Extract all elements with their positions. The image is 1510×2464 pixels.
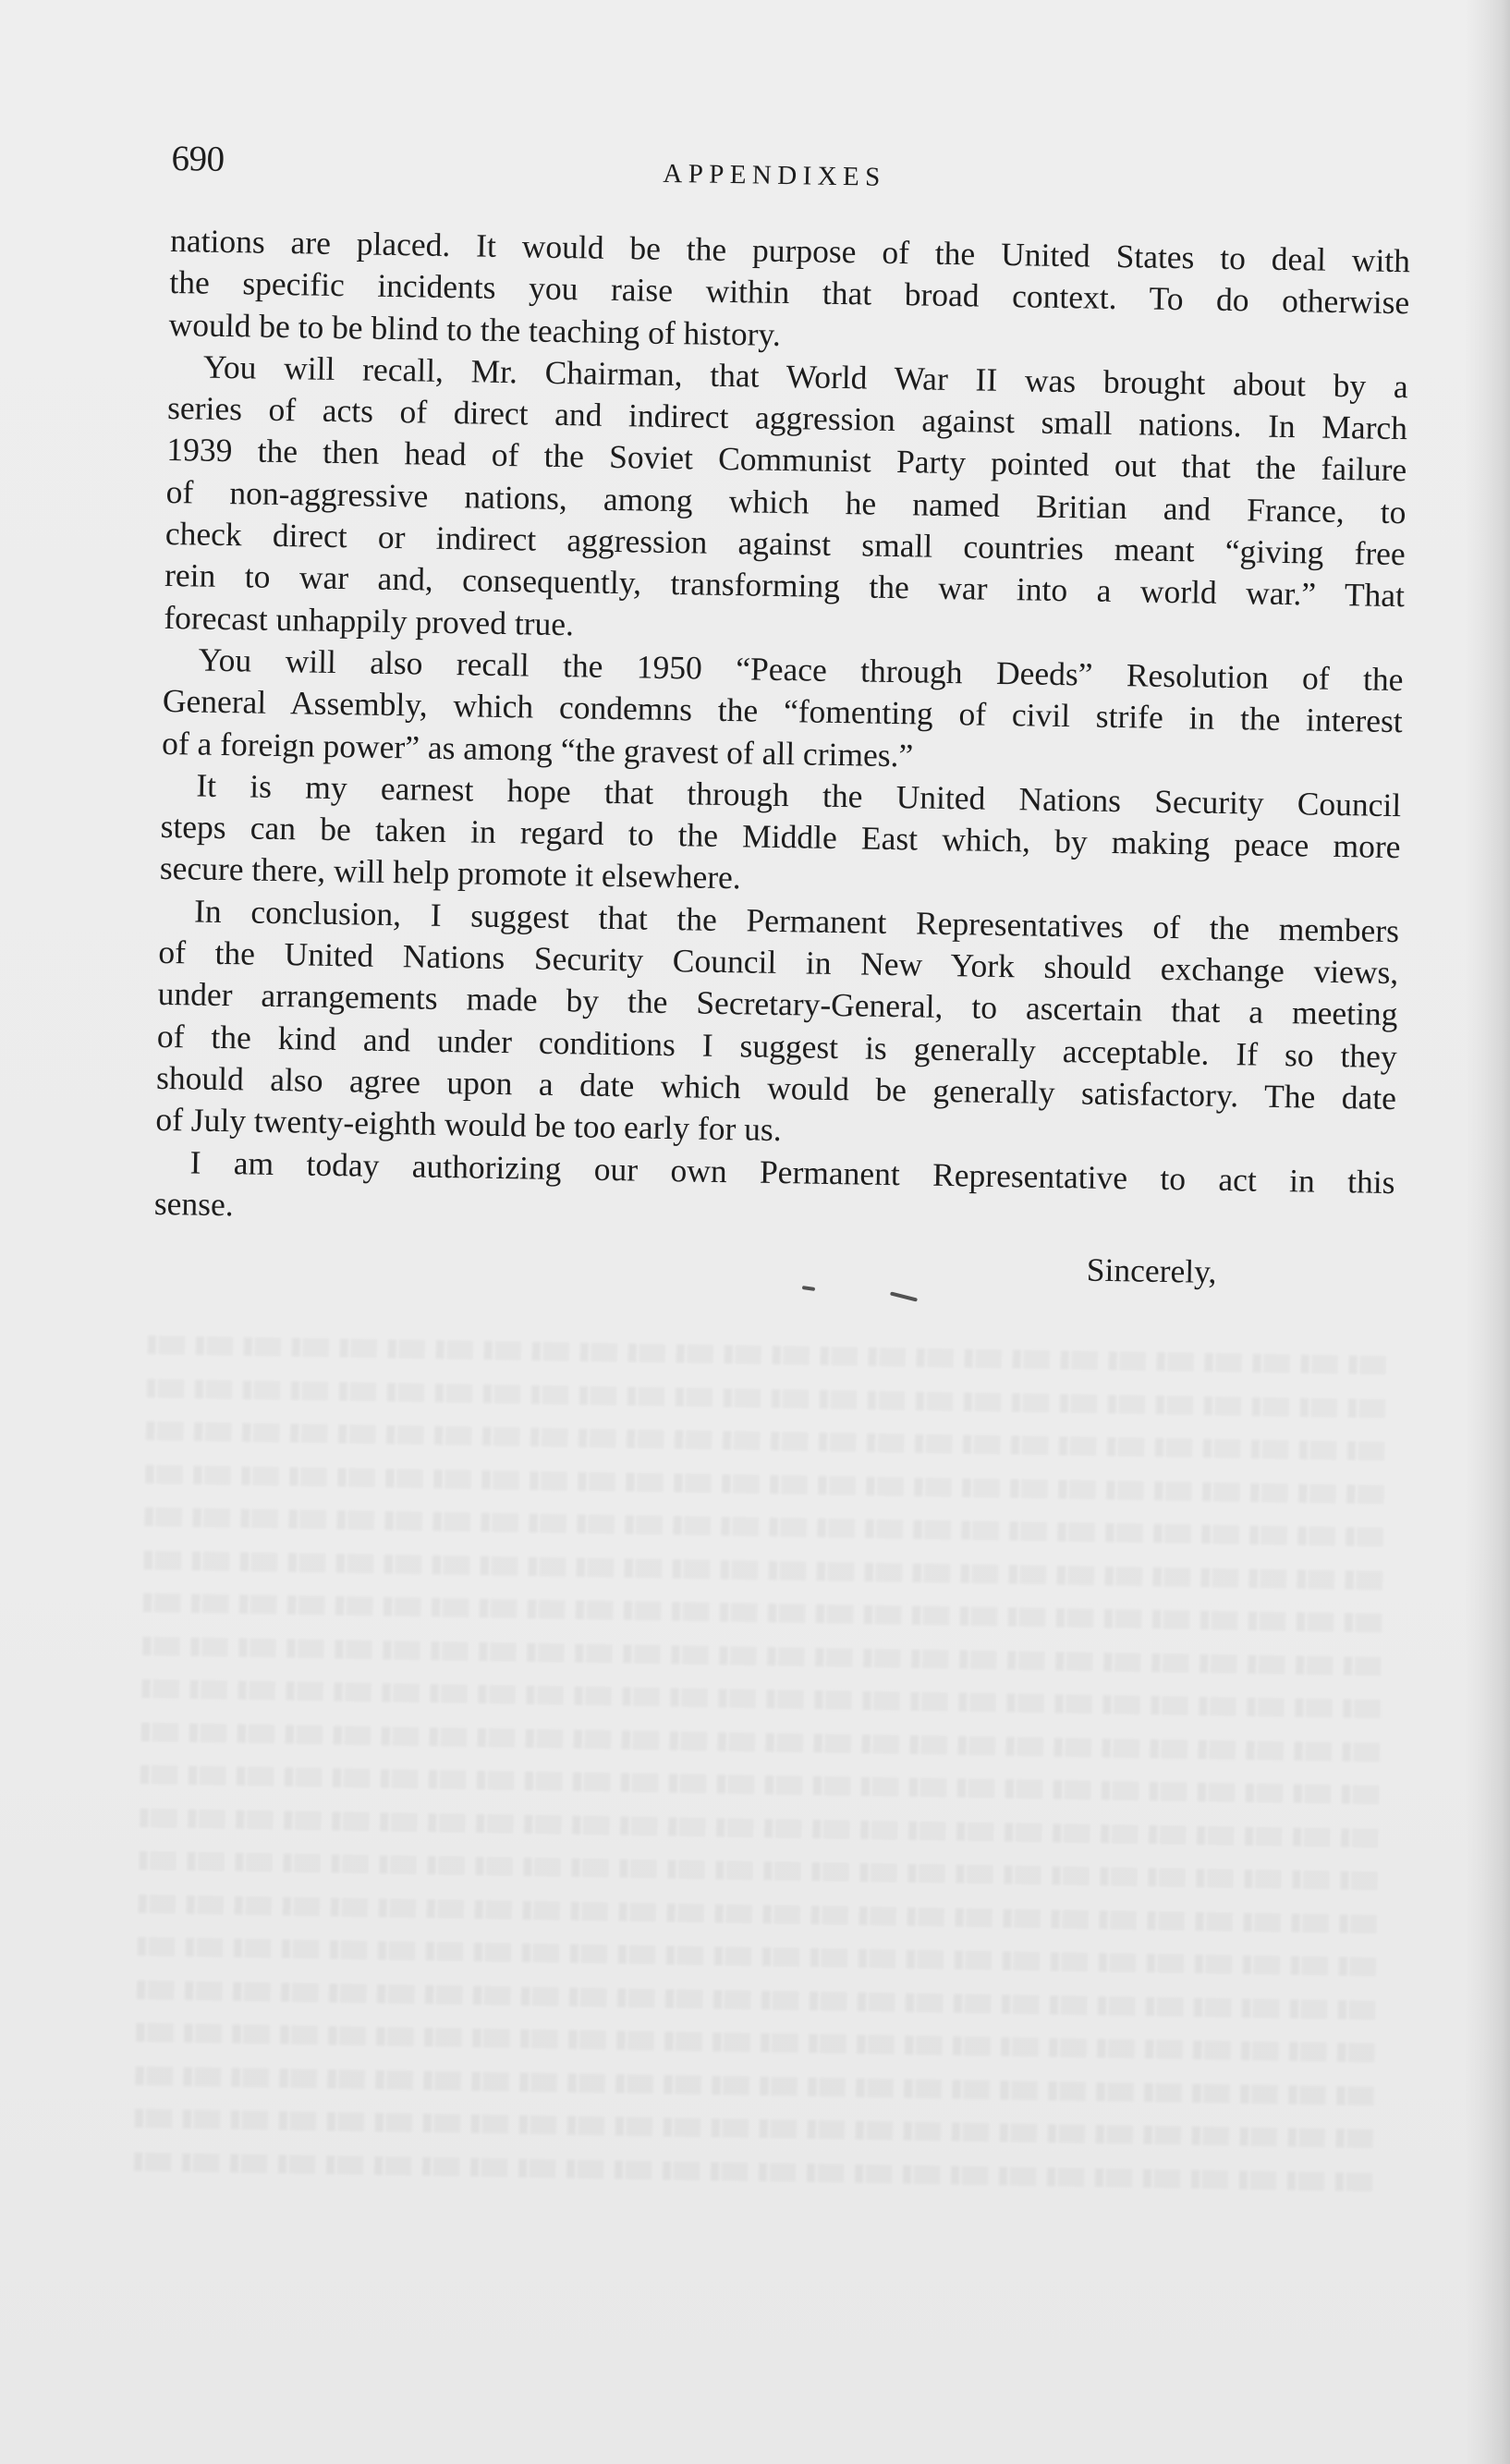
bleed-through-line: [139, 1851, 1377, 1890]
bleed-through-line: [142, 1636, 1381, 1675]
bleed-through-line: [138, 1937, 1376, 1976]
bleed-through-line: [139, 1894, 1377, 1933]
ink-speck: [802, 1286, 815, 1291]
paragraph: nations are placed. It would be the purp…: [168, 220, 1410, 366]
letter-closing: Sincerely,: [153, 1234, 1394, 1297]
letter-body: nations are placed. It would be the purp…: [154, 220, 1411, 1245]
running-head: 690 APPENDIXES: [171, 139, 1412, 224]
paragraph: You will also recall the 1950 “Peace thr…: [162, 639, 1404, 785]
bleed-through-line: [134, 2152, 1372, 2190]
bleed-through-line: [146, 1421, 1384, 1460]
bleed-through-line: [145, 1464, 1383, 1503]
section-title: APPENDIXES: [663, 158, 886, 193]
bleed-through-line: [137, 1980, 1375, 2019]
bleed-through-line: [144, 1550, 1382, 1589]
bleed-through-line: [143, 1593, 1382, 1632]
bleed-through-line: [148, 1336, 1386, 1374]
bleed-through-line: [145, 1507, 1383, 1546]
bleed-through-line: [140, 1808, 1378, 1847]
ink-speck: [890, 1291, 918, 1301]
paragraph: It is my earnest hope that through the U…: [160, 764, 1402, 910]
page-number: 690: [171, 139, 225, 180]
bleed-through-line: [141, 1722, 1380, 1761]
bleed-through-line: [136, 2066, 1374, 2104]
paragraph: You will recall, Mr. Chairman, that Worl…: [164, 346, 1408, 659]
page-text-block: 690 APPENDIXES nations are placed. It wo…: [153, 139, 1412, 1297]
bleed-through-line: [142, 1679, 1381, 1718]
scanned-book-page: 690 APPENDIXES nations are placed. It wo…: [0, 0, 1510, 2464]
bleed-through-line: [135, 2109, 1373, 2148]
bleed-through-line: [147, 1378, 1385, 1417]
reverse-page-bleed-through: [134, 1336, 1386, 2215]
bleed-through-line: [136, 2023, 1374, 2062]
paragraph: In conclusion, I suggest that the Perman…: [155, 890, 1399, 1162]
bleed-through-line: [140, 1765, 1379, 1804]
